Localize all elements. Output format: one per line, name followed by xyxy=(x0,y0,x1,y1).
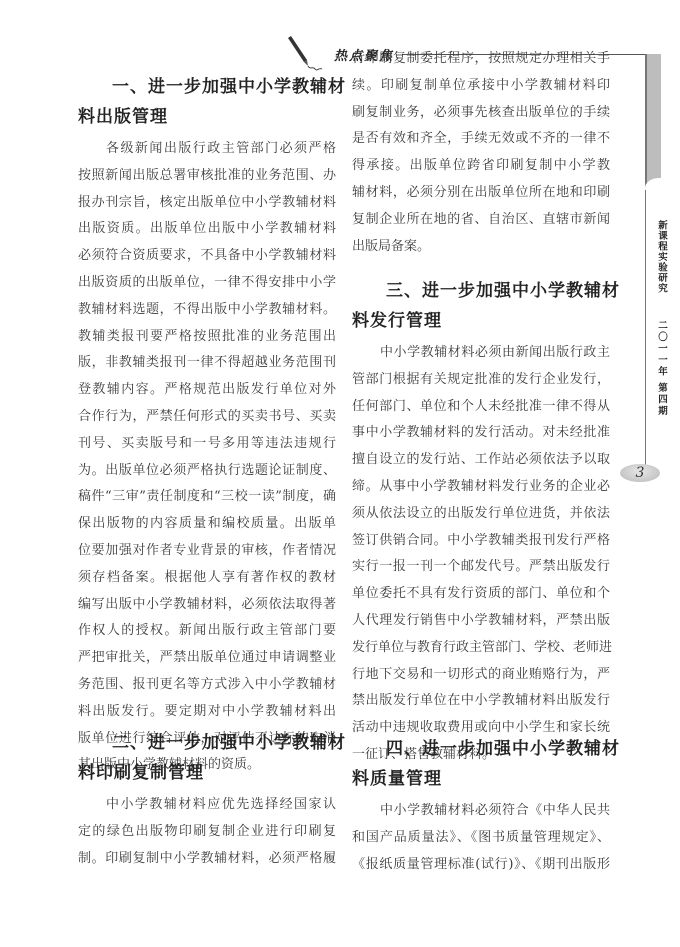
text-line: 保出版物的内容质量和编校质量。出版单 xyxy=(78,511,336,538)
section-heading-4: 四、进一步加强中小学教辅材 料质量管理 xyxy=(352,734,610,794)
text-line: 出版局备案。 xyxy=(352,234,610,261)
text-line: 出版资质。出版单位出版中小学教辅材料 xyxy=(78,216,336,243)
text-line: 刷复制业务，必须事先核查出版单位的手续 xyxy=(352,100,610,127)
text-line: 《报纸质量管理标准(试行)》、《期刊出版形 xyxy=(352,852,610,879)
text-line: 必须符合资质要求，不具备中小学教辅材料 xyxy=(78,243,336,270)
paragraph-section-2: 中小学教辅材料应优先选择经国家认 定的绿色出版物印刷复制企业进行印刷复 制。印刷… xyxy=(78,792,336,872)
paragraph-section-1: 各级新闻出版行政主管部门必须严格 按照新闻出版总署审核批准的业务范围、办 报办刊… xyxy=(78,136,336,779)
heading-line: 料质量管理 xyxy=(352,764,610,794)
text-line: 中小学教辅材料应优先选择经国家认 xyxy=(78,792,336,819)
text-line: 人代理发行销售中小学教辅材料，严禁出版 xyxy=(352,608,610,635)
text-line: 教辅材料选题，不得出版中小学教辅材料。 xyxy=(78,297,336,324)
paragraph-section-4: 中小学教辅材料必须符合《中华人民共 和国产品质量法》、《图书质量管理规定》、 《… xyxy=(352,798,610,878)
issue-label: 二〇一一年 第四期 xyxy=(650,320,668,417)
text-line: 料出版发行。要定期对中小学教辅材料出 xyxy=(78,699,336,726)
text-line: 稿件“三审”责任制度和“三校一读”制度，确 xyxy=(78,484,336,511)
text-line: 位要加强对作者专业背景的审核，作者情况 xyxy=(78,538,336,565)
text-line: 作权人的授权。新闻出版行政主管部门要 xyxy=(78,618,336,645)
paragraph-section-3: 中小学教辅材料必须由新闻出版行政主 管部门根据有关规定批准的发行企业发行， 任何… xyxy=(352,340,610,769)
text-line: 登教辅内容。严格规范出版发行单位对外 xyxy=(78,377,336,404)
text-line: 须从依法设立的出版发行单位进货，并依法 xyxy=(352,501,610,528)
text-line: 中小学教辅材料必须符合《中华人民共 xyxy=(352,798,610,825)
heading-line: 料印刷复制管理 xyxy=(78,758,336,788)
text-line: 任何部门、单位和个人未经批准一律不得从 xyxy=(352,394,610,421)
text-line: 禁出版发行单位在中小学教辅材料出版发行 xyxy=(352,688,610,715)
text-line: 复制企业所在地的省、自治区、直辖市新闻 xyxy=(352,207,610,234)
text-line: 报办刊宗旨，核定出版单位中小学教辅材料 xyxy=(78,190,336,217)
text-line: 教辅类报刊要严格按照批准的业务范围出 xyxy=(78,324,336,351)
text-line: 编写出版中小学教辅材料，必须依法取得著 xyxy=(78,592,336,619)
text-line: 须存档备案。根据他人享有著作权的教材 xyxy=(78,565,336,592)
text-line: 制。印刷复制中小学教辅材料，必须严格履 xyxy=(78,846,336,873)
text-line: 行印刷复制委托程序，按照规定办理相关手 xyxy=(352,46,610,73)
text-line: 事中小学教辅材料的发行活动。对未经批准 xyxy=(352,420,610,447)
text-line: 续。印刷复制单位承接中小学教辅材料印 xyxy=(352,73,610,100)
heading-line: 四、进一步加强中小学教辅材 xyxy=(352,734,610,764)
section-heading-3: 三、进一步加强中小学教辅材 料发行管理 xyxy=(352,276,610,336)
pen-icon xyxy=(286,36,326,72)
text-line: 实行一报一刊一个邮发代号。严禁出版发行 xyxy=(352,554,610,581)
sidebar-tab-decoration xyxy=(645,54,661,184)
text-line: 发行单位与教育行政主管部门、学校、老师进 xyxy=(352,635,610,662)
text-line: 是否有效和齐全，手续无效或不齐的一律不 xyxy=(352,126,610,153)
text-line: 合作行为，严禁任何形式的买卖书号、买卖 xyxy=(78,404,336,431)
heading-line: 三、进一步加强中小学教辅材 xyxy=(352,276,610,306)
text-line: 辅材料，必须分别在出版单位所在地和印刷 xyxy=(352,180,610,207)
text-line: 擅自设立的发行站、工作站必须依法予以取 xyxy=(352,447,610,474)
text-line: 出版资质的出版单位，一律不得安排中小学 xyxy=(78,270,336,297)
page-number-badge: 3 xyxy=(620,464,660,482)
text-line: 版，非教辅类报刊一律不得超越业务范围刊 xyxy=(78,350,336,377)
heading-line: 二、进一步加强中小学教辅材 xyxy=(78,728,336,758)
text-line: 行地下交易和一切形式的商业贿赂行为，严 xyxy=(352,662,610,689)
text-line: 按照新闻出版总署审核批准的业务范围、办 xyxy=(78,163,336,190)
text-line: 单位委托不具有发行资质的部门、单位和个 xyxy=(352,581,610,608)
paragraph-section-2-continued: 行印刷复制委托程序，按照规定办理相关手 续。印刷复制单位承接中小学教辅材料印 刷… xyxy=(352,46,610,260)
journal-name: 新课程实验研究 xyxy=(650,220,668,294)
section-heading-1: 一、进一步加强中小学教辅材 料出版管理 xyxy=(78,72,336,132)
text-line: 严把审批关，严禁出版单位通过申请调整业 xyxy=(78,645,336,672)
section-heading-2: 二、进一步加强中小学教辅材 料印刷复制管理 xyxy=(78,728,336,788)
text-line: 各级新闻出版行政主管部门必须严格 xyxy=(78,136,336,163)
text-line: 签订供销合同。中小学教辅类报刊发行严格 xyxy=(352,528,610,555)
text-line: 定的绿色出版物印刷复制企业进行印刷复 xyxy=(78,819,336,846)
text-line: 中小学教辅材料必须由新闻出版行政主 xyxy=(352,340,610,367)
text-line: 和国产品质量法》、《图书质量管理规定》、 xyxy=(352,825,610,852)
text-line: 刊号、买卖版号和一号多用等违法违规行 xyxy=(78,431,336,458)
text-line: 得承接。出版单位跨省印刷复制中小学教 xyxy=(352,153,610,180)
heading-line: 料发行管理 xyxy=(352,306,610,336)
text-line: 管部门根据有关规定批准的发行企业发行， xyxy=(352,367,610,394)
text-line: 务范围、报刊更名等方式涉入中小学教辅材 xyxy=(78,672,336,699)
heading-line: 一、进一步加强中小学教辅材 xyxy=(78,72,336,102)
text-line: 缔。从事中小学教辅材料发行业务的企业必 xyxy=(352,474,610,501)
heading-line: 料出版管理 xyxy=(78,102,336,132)
text-line: 为。出版单位必须严格执行选题论证制度、 xyxy=(78,458,336,485)
